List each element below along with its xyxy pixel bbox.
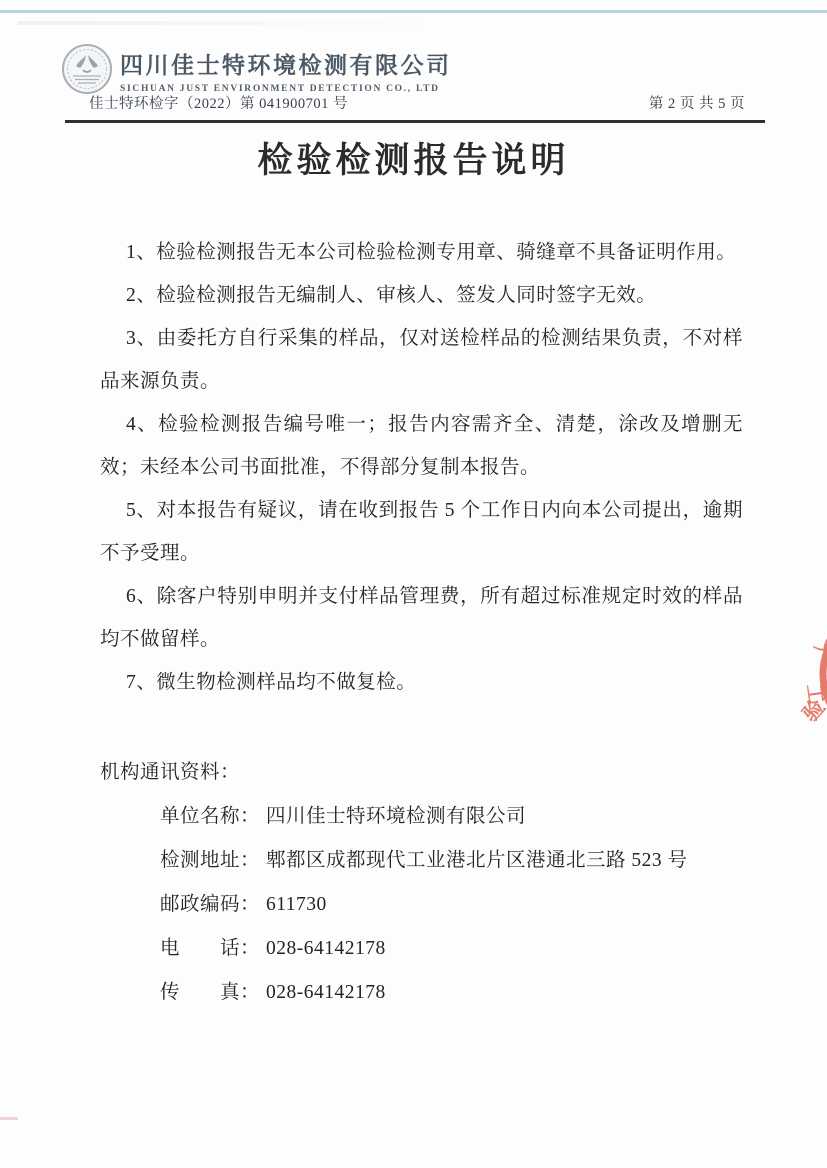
contact-value: 028-64142178 bbox=[266, 927, 386, 971]
note-item: 2、检验检测报告无编制人、审核人、签发人同时签字无效。 bbox=[100, 274, 743, 317]
company-logo-icon bbox=[61, 43, 113, 95]
header-divider-row: 佳士特环检字（2022）第 041900701 号 第 2 页 共 5 页 bbox=[65, 92, 765, 123]
contact-row: 电 话： 028-64142178 bbox=[160, 927, 740, 971]
note-item: 6、除客户特别申明并支付样品管理费，所有超过标准规定时效的样品均不做留样。 bbox=[100, 575, 743, 661]
scan-artifact-smudge bbox=[18, 21, 438, 25]
contact-row: 邮政编码： 611730 bbox=[160, 883, 740, 927]
contact-value: 四川佳士特环境检测有限公司 bbox=[266, 795, 526, 839]
contact-label: 单位名称： bbox=[160, 795, 260, 839]
note-item: 5、对本报告有疑议，请在收到报告 5 个工作日内向本公司提出，逾期不予受理。 bbox=[100, 489, 743, 575]
document-page: 四川佳士特环境检测有限公司 SICHUAN JUST ENVIRONMENT D… bbox=[0, 0, 827, 1168]
company-name-block: 四川佳士特环境检测有限公司 SICHUAN JUST ENVIRONMENT D… bbox=[120, 47, 452, 94]
contact-label: 传 真： bbox=[160, 971, 260, 1015]
scan-artifact-bottom-mark bbox=[0, 1117, 18, 1120]
contact-section: 机构通讯资料： 单位名称： 四川佳士特环境检测有限公司 检测地址： 郫都区成都现… bbox=[100, 751, 740, 1015]
note-item: 3、由委托方自行采集的样品，仅对送检样品的检测结果负责，不对样品来源负责。 bbox=[100, 317, 743, 403]
page-number: 第 2 页 共 5 页 bbox=[649, 92, 745, 113]
page-title: 检验检测报告说明 bbox=[0, 133, 827, 183]
contact-label: 邮政编码： bbox=[160, 883, 260, 927]
contact-label: 检测地址： bbox=[160, 839, 260, 883]
contact-heading: 机构通讯资料： bbox=[100, 751, 740, 795]
contact-row: 传 真： 028-64142178 bbox=[160, 971, 740, 1015]
page-seal-stamp-icon: 义 工 验 bbox=[794, 599, 827, 753]
note-item: 7、微生物检测样品均不做复检。 bbox=[100, 661, 743, 704]
contact-rows: 单位名称： 四川佳士特环境检测有限公司 检测地址： 郫都区成都现代工业港北片区港… bbox=[160, 795, 740, 1015]
contact-value: 611730 bbox=[266, 883, 327, 927]
doc-number: 佳士特环检字（2022）第 041900701 号 bbox=[89, 92, 348, 113]
company-name: 四川佳士特环境检测有限公司 bbox=[120, 47, 452, 80]
contact-row: 检测地址： 郫都区成都现代工业港北片区港通北三路 523 号 bbox=[160, 839, 740, 883]
svg-text:义: 义 bbox=[810, 631, 827, 664]
contact-row: 单位名称： 四川佳士特环境检测有限公司 bbox=[160, 795, 740, 839]
report-notes: 1、检验检测报告无本公司检验检测专用章、骑缝章不具备证明作用。 2、检验检测报告… bbox=[100, 231, 743, 704]
note-item: 1、检验检测报告无本公司检验检测专用章、骑缝章不具备证明作用。 bbox=[100, 231, 743, 274]
contact-value: 郫都区成都现代工业港北片区港通北三路 523 号 bbox=[266, 839, 688, 883]
contact-value: 028-64142178 bbox=[266, 971, 386, 1015]
scan-artifact-top-line bbox=[0, 10, 827, 13]
note-item: 4、检验检测报告编号唯一；报告内容需齐全、清楚，涂改及增删无效；未经本公司书面批… bbox=[100, 403, 743, 489]
contact-label: 电 话： bbox=[160, 927, 260, 971]
